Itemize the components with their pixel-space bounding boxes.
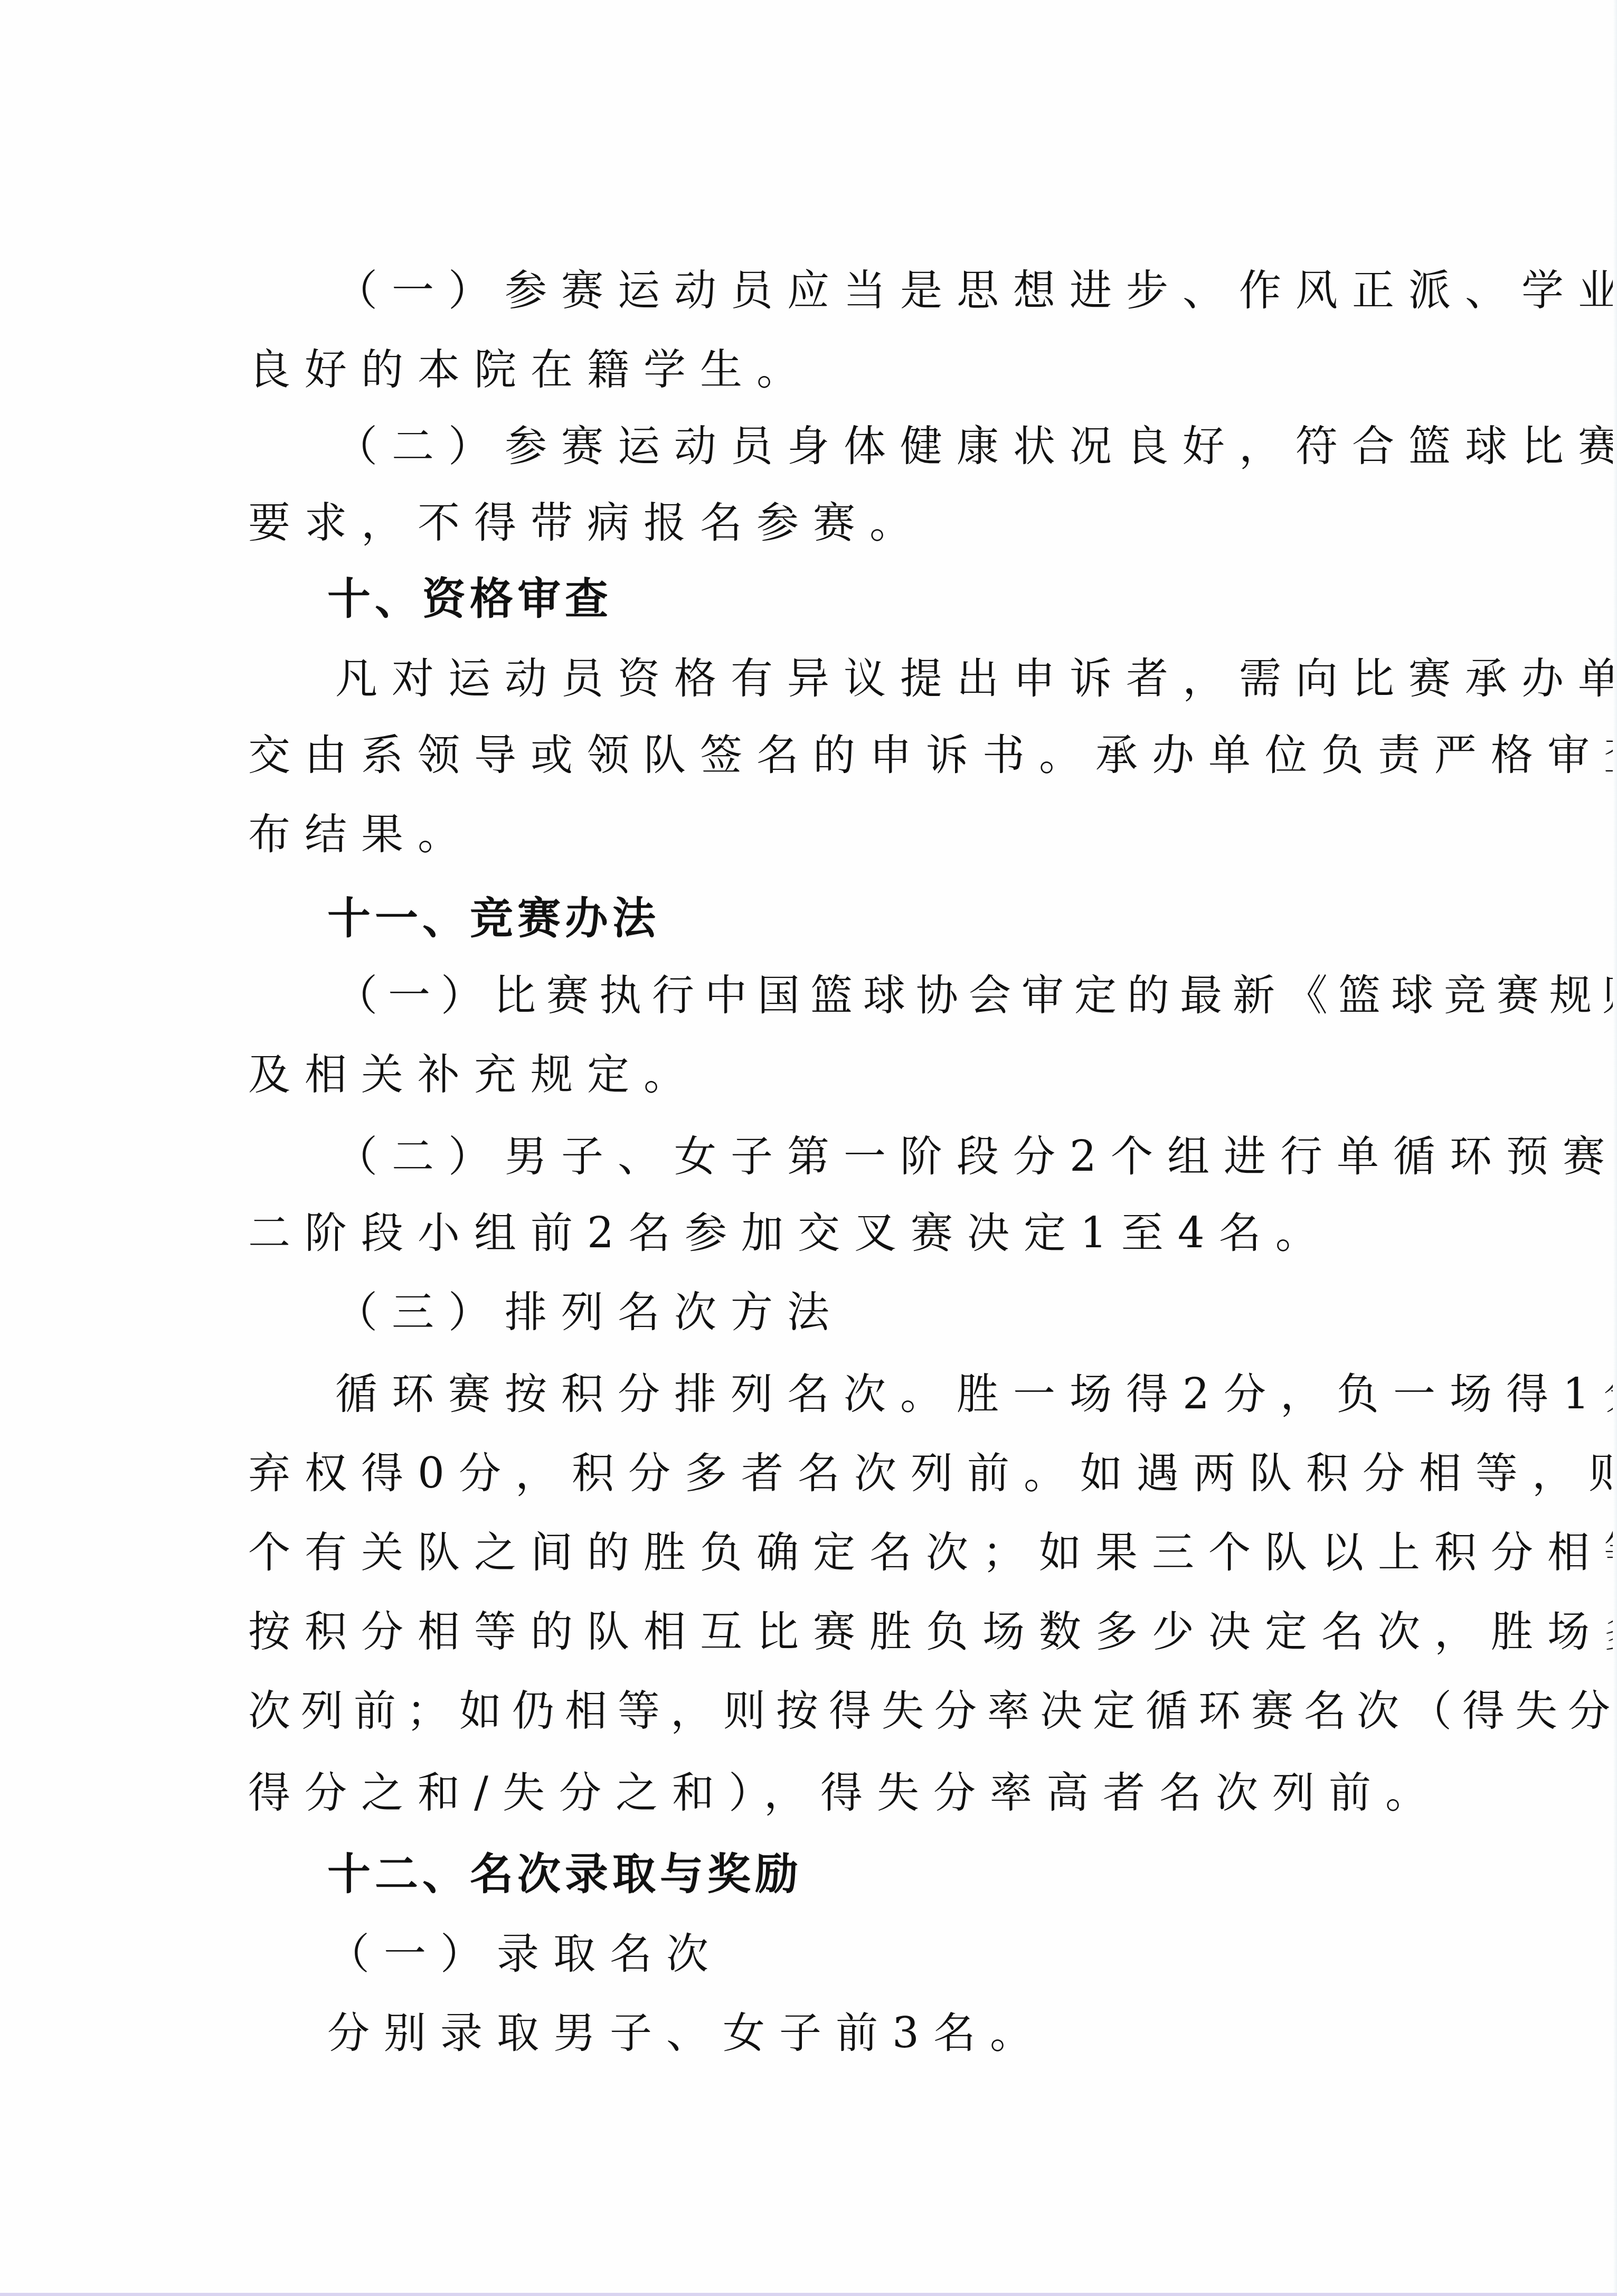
paragraph-line: 分别录取男子、女子前3名。	[327, 2004, 1542, 2062]
paragraph-line: （一）参赛运动员应当是思想进步、作风正派、学业成绩	[335, 261, 1549, 319]
paragraph-line: （二）男子、女子第一阶段分2个组进行单循环预赛，第	[335, 1127, 1549, 1185]
paragraph-line: 凡对运动员资格有异议提出申诉者，需向比赛承办单位提	[335, 650, 1549, 708]
paragraph-line: 循环赛按积分排列名次。胜一场得2分，负一场得1分，	[335, 1365, 1549, 1423]
section-heading-12: 十二、名次录取与奖励	[327, 1846, 1542, 1904]
paragraph-line: 弃权得0分，积分多者名次列前。如遇两队积分相等，则以两	[248, 1444, 1462, 1502]
paragraph-line: 布结果。	[248, 805, 1462, 863]
document-page: （一）参赛运动员应当是思想进步、作风正派、学业成绩 良好的本院在籍学生。 （二）…	[0, 0, 1617, 2296]
paragraph-line: （三）排列名次方法	[335, 1283, 1549, 1341]
paragraph-line: 次列前；如仍相等，则按得失分率决定循环赛名次（得失分率=	[248, 1682, 1462, 1740]
paragraph-line: （一）录取名次	[327, 1925, 1542, 1983]
paragraph-line: （二）参赛运动员身体健康状况良好，符合篮球比赛基本	[335, 417, 1549, 475]
section-heading-10: 十、资格审查	[327, 570, 1542, 628]
paragraph-line: 按积分相等的队相互比赛胜负场数多少决定名次，胜场多者名	[248, 1603, 1462, 1661]
paragraph-line: 个有关队之间的胜负确定名次；如果三个队以上积分相等，则	[248, 1523, 1462, 1582]
paragraph-line: 得分之和/失分之和），得失分率高者名次列前。	[248, 1764, 1462, 1822]
section-heading-11: 十一、竞赛办法	[327, 890, 1542, 948]
paragraph-line: 要求，不得带病报名参赛。	[248, 494, 1462, 552]
scan-edge-shadow	[1613, 0, 1617, 2296]
paragraph-line: 及相关补充规定。	[248, 1046, 1462, 1104]
paragraph-line: 良好的本院在籍学生。	[248, 341, 1462, 399]
paragraph-line: 二阶段小组前2名参加交叉赛决定1至4名。	[248, 1204, 1462, 1262]
paragraph-line: （一）比赛执行中国篮球协会审定的最新《篮球竞赛规则》	[335, 966, 1549, 1024]
paragraph-line: 交由系领导或领队签名的申诉书。承办单位负责严格审查并公	[248, 726, 1462, 784]
scan-bottom-edge	[0, 2293, 1617, 2296]
